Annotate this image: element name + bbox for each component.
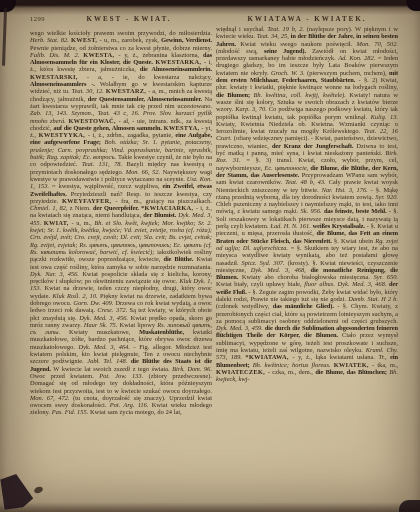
- text-run: więdnął i usychał.: [216, 26, 267, 33]
- text-run: - a, - ie, do kwestarza należący,: [87, 74, 212, 81]
- scanned-dictionary-page: 1299 KWEST - KWIAT. KWIATAWA - KWIATEK. …: [0, 0, 420, 512]
- text-column-left: wego wielkie kościoły prawem swoim przyw…: [30, 30, 212, 456]
- page-number: 1299: [30, 16, 45, 23]
- text-run: KWIATEK,: [334, 362, 372, 369]
- text-run: KWEYFAYFER,: [62, 198, 115, 205]
- text-run: Teat. 19 b, 2.: [267, 26, 306, 33]
- text-run: KWIATECZEK,: [216, 369, 268, 376]
- text-run: Nar. Hst. 3, 176.: [322, 187, 371, 194]
- text-run: - i, ż., zdrbn., zagadka, pytanie,: [88, 132, 176, 139]
- text-run: (młodość swą,: [216, 48, 264, 55]
- text-run: §. Kwiat ubein: [334, 238, 375, 245]
- text-run: Damb. Stat. H 2 b.: [348, 296, 398, 303]
- text-run: Kwiaty muszkatowe,: [69, 329, 139, 336]
- text-run: Dyk. Med. 3, 464.: [78, 344, 133, 351]
- text-run: Herb. Stat. 82.: [30, 37, 71, 44]
- text-run: der Questensammler, Almoseneinsammler.: [88, 96, 205, 103]
- text-run: - y, ż., żebranina klasztorna,: [118, 52, 203, 59]
- text-run: seine Jugend).: [264, 48, 312, 55]
- text-run: - u, m.,: [72, 220, 95, 227]
- text-run: KWESTARKA,: [155, 59, 204, 66]
- text-run: KWEST,: [71, 37, 100, 44]
- text-run: Dyk. Med. 3, 456.: [79, 315, 130, 322]
- text-run: KWESTOWAĆ,: [68, 118, 118, 125]
- text-run: - tka, m.,: [372, 362, 398, 369]
- text-run: Haur Sk. 75.: [84, 322, 120, 329]
- text-run: KWESTYA,: [164, 125, 202, 132]
- text-run: Almoseneinsammlers -.: [30, 81, 100, 88]
- text-run: Gorn. Dw. 409.: [73, 300, 115, 307]
- text-run: Kwiat lipowy: [119, 322, 157, 329]
- text-run: *KWIACIARKA,: [141, 205, 196, 212]
- text-run: W kwiecie lat swoich zszedł z tego świat…: [53, 366, 172, 373]
- text-run: Kwiaty abo choroba białogłowska miesięcz…: [242, 274, 374, 281]
- text-run: der Queerpfeifer.: [93, 205, 141, 212]
- text-run: Mon. 66, 52.: [126, 169, 163, 176]
- text-run: Falib. Dis. M. 2.: [30, 52, 83, 59]
- text-run: der Blumist.: [143, 212, 178, 219]
- text-run: KWESTYYKA,: [39, 132, 88, 139]
- text-run: Kwiat biały, czyli upławy białe,: [216, 281, 304, 288]
- text-run: Dyk. Med. 3, 459.: [216, 325, 265, 332]
- text-column-right: więdnął i usychał. Teat. 19 b, 2. (nayle…: [216, 26, 398, 466]
- text-run: Ład. H. N. 161.: [270, 223, 312, 230]
- text-run: die Blumen;: [216, 92, 253, 99]
- text-run: - y, ż., łąka kwiatami usłana.: [292, 354, 378, 361]
- text-run: Teat. 34, 25,: [257, 33, 291, 40]
- text-run: Chmiel. 1, 82,: [30, 205, 70, 212]
- text-run: Tr.,: [378, 354, 390, 361]
- text-run: Teat. 30, 12.: [72, 88, 106, 95]
- text-run: Dyk. Med. 3, 468,: [251, 267, 311, 274]
- text-run: Mon. 70, 502.: [357, 41, 398, 48]
- text-run: das männliche Glied).: [273, 303, 337, 310]
- text-run: der Kranz der Jungferschaft.: [272, 143, 356, 150]
- text-run: Bh. kwětnice; hortus floreus.: [253, 362, 334, 369]
- text-run: Birk. Dom. 96.: [172, 366, 212, 373]
- text-run: Karp. 3, 70.: [235, 106, 269, 113]
- text-run: Mon. 67, 472.: [30, 395, 73, 402]
- text-run: Syr. 650.: [374, 274, 398, 281]
- text-run: Pot. Arg. 116.: [110, 402, 152, 409]
- text-run: KWESTARZ,: [106, 88, 148, 95]
- text-run: - fra, m., graiący na piszczałkach.: [115, 198, 212, 205]
- text-run: Groch. W. 3.: [271, 70, 307, 77]
- text-run: KWIAT,: [44, 220, 72, 227]
- text-run: Kulig. 13.: [371, 114, 398, 121]
- text-run: KWESTA,: [83, 52, 118, 59]
- text-run: Syr. 920.: [375, 194, 398, 201]
- running-head-right: KWIATAWA - KWIATEK.: [218, 15, 396, 23]
- text-run: Ad. Kon. 282.: [338, 55, 378, 62]
- text-run: z Niem.: [70, 205, 93, 212]
- text-run: Dyk. Nar. 3, 456.: [30, 271, 82, 278]
- text-run: Jabł. Tel. 148.: [87, 358, 131, 365]
- text-run: Pot. Jow. 133.: [99, 373, 148, 380]
- text-run: Teat. 131, 78.: [82, 161, 127, 168]
- text-run: das feinste, beste Mehl.: [324, 208, 389, 215]
- text-run: *KWIATAWA,: [245, 354, 292, 361]
- text-run: weißes Krystallsalz.: [313, 223, 367, 230]
- text-run: Pas. Fid. 155.: [52, 409, 90, 416]
- text-run: Muskatenblüthe,: [139, 329, 193, 336]
- text-run: - czka, m., dem.,: [268, 369, 316, 376]
- text-run: die Almoseneinsammlerin.: [140, 66, 212, 73]
- text-run: (członek wstydliwy,: [216, 303, 273, 310]
- text-run: Spicz. Syd. 307.: [242, 260, 288, 267]
- text-run: wego wielkie kościoły prawem swoim przyw…: [30, 30, 212, 37]
- scan-corner-artifact-bottom-right: [399, 500, 420, 512]
- text-run: Gewinn, Verdienst.: [161, 37, 212, 44]
- text-run: - u, m., zarobek, zysk,: [100, 37, 162, 44]
- text-run: Bh. kwětina, coll. kwjtj, kwětele).: [253, 92, 349, 99]
- text-run: auf die Queste gehen, Almosen sammeln.: [53, 125, 163, 132]
- text-run: Kwiat wieku swego naukom poświęcił.: [240, 41, 356, 48]
- text-run: Sk. 956.: [301, 208, 324, 215]
- text-run: = kwestya, wątpliwość, rzecz wątpliwa,: [52, 183, 162, 190]
- text-run: die Blüthe.: [163, 256, 196, 263]
- text-run: Cresc. 372.: [97, 307, 129, 314]
- text-run: Pewnie pieniądze, od żołnierstwa co za k…: [30, 45, 212, 52]
- text-run: fluor albus. Dyk. Med. 3, 468.: [304, 281, 389, 288]
- text-run: KWESTARSKI,: [30, 74, 87, 81]
- text-run: Owoc przed kwiatem.: [30, 373, 99, 380]
- text-run: die Blume, das Blümchen;: [315, 369, 389, 376]
- text-run: Kwiat sam życia moiego, do 24 lat,: [90, 409, 182, 416]
- text-run: Ec. цвѣтоносіе,: [264, 165, 310, 172]
- text-run: Kluk Rośl. 2, 10.: [52, 293, 100, 300]
- text-run: Teat. 48 b, 43.: [285, 179, 329, 186]
- text-run: (pierwszym puchem, mchem),: [307, 70, 389, 77]
- running-head-left: KWEST - KWIAT.: [54, 15, 204, 23]
